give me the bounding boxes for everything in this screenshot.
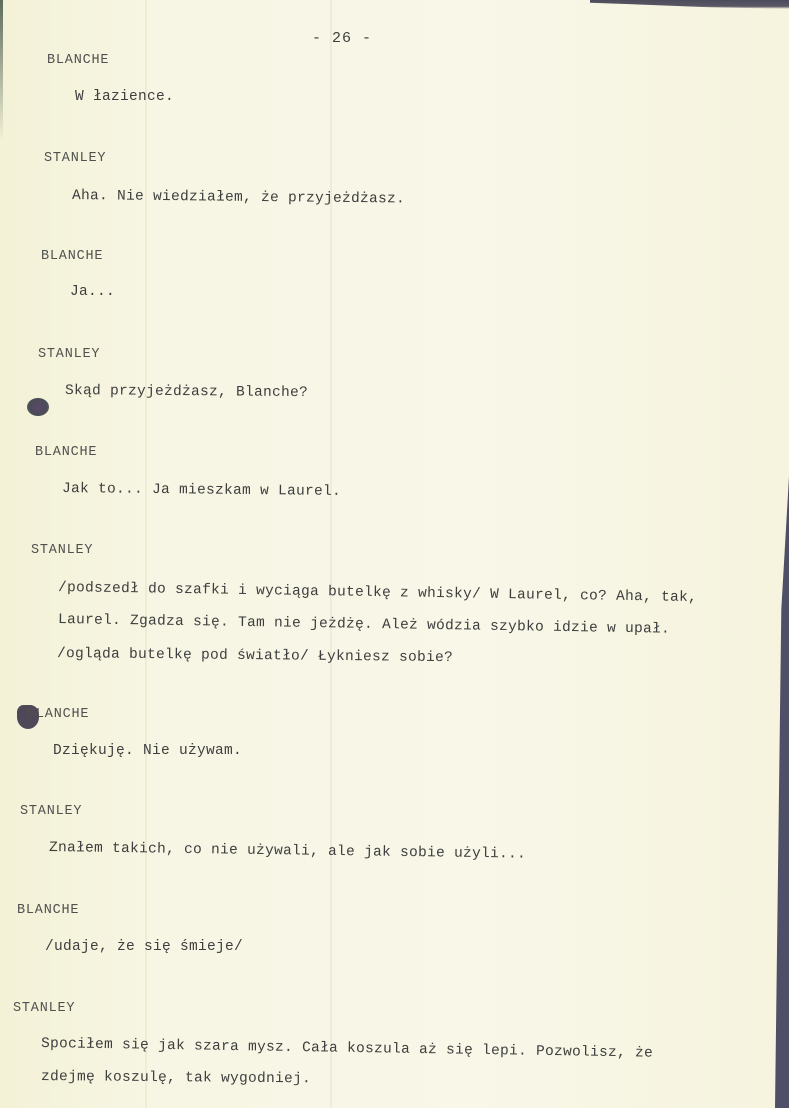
typewritten-page: - 26 - BLANCHE W łazience. STANLEY Aha. … [0, 0, 789, 1108]
dialogue-line: Jak to... Ja mieszkam w Laurel. [62, 481, 341, 500]
speaker-name: STANLEY [20, 804, 82, 819]
page-number: - 26 - [312, 30, 372, 47]
speaker-name: STANLEY [13, 1001, 75, 1016]
speaker-name: BLANCHE [35, 445, 97, 460]
speaker-name: BLANCHE [47, 53, 109, 68]
dialogue-line: W łazience. [75, 89, 174, 105]
dialogue-line: /ogląda butelkę pod światło/ Łykniesz so… [57, 646, 453, 666]
dialogue-line: Skąd przyjeżdżasz, Blanche? [65, 383, 308, 401]
dialogue-line: Laurel. Zgadza się. Tam nie jeżdżę. Ależ… [58, 612, 670, 638]
dialogue-line: zdejmę koszulę, tak wygodniej. [41, 1069, 311, 1087]
ink-blot [27, 398, 49, 416]
scanner-edge-top [590, 0, 789, 9]
dialogue-line: Ja... [70, 284, 115, 300]
dialogue-line: Spociłem się jak szara mysz. Cała koszul… [41, 1036, 653, 1062]
speaker-name: STANLEY [38, 347, 100, 362]
dialogue-line: /podszedł do szafki i wyciąga butelkę z … [58, 580, 697, 606]
speaker-name: BLANCHE [27, 707, 89, 722]
speaker-name: BLANCHE [17, 903, 79, 918]
speaker-name: STANLEY [44, 151, 106, 166]
dialogue-line: Znałem takich, co nie używali, ale jak s… [49, 840, 526, 863]
scanner-edge-right [775, 0, 789, 1108]
scanner-edge-left [0, 0, 3, 140]
dialogue-line: /udaje, że się śmieje/ [45, 939, 243, 955]
speaker-name: STANLEY [31, 543, 93, 558]
speaker-name: BLANCHE [41, 249, 103, 264]
dialogue-line: Dziękuję. Nie używam. [53, 743, 242, 759]
dialogue-line: Aha. Nie wiedziałem, że przyjeżdżasz. [72, 188, 405, 207]
paper-fold-line [330, 0, 332, 1108]
